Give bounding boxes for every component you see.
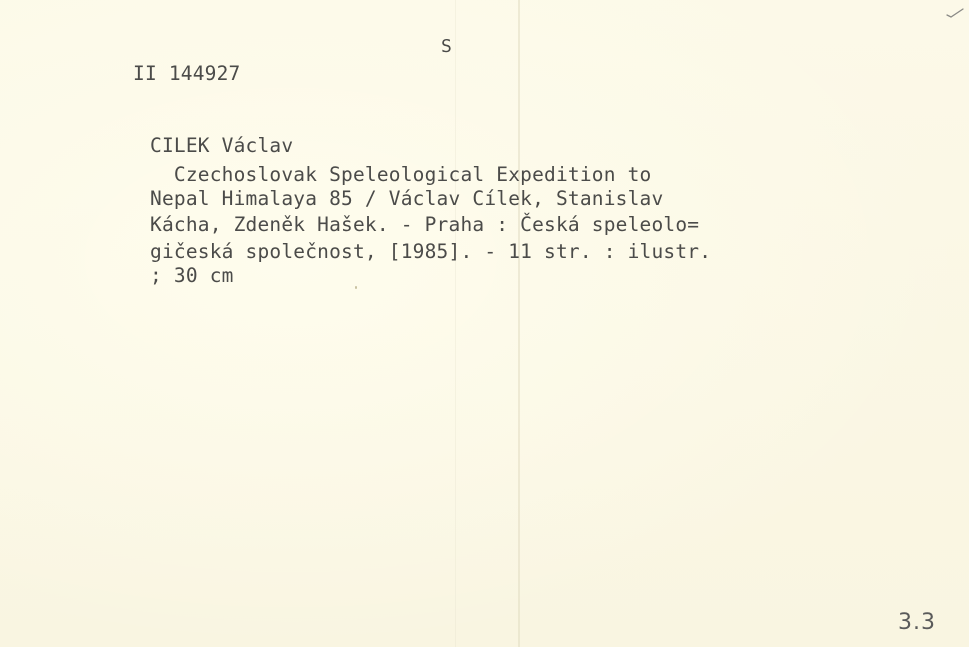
handwritten-number: 3.3 [898, 610, 936, 635]
section-letter: S [441, 38, 452, 56]
checkmark-icon [946, 8, 964, 18]
catalog-card: S II 144927 CILEK Václav Czechoslovak Sp… [0, 0, 969, 647]
card-crease [455, 0, 456, 647]
description-line-4: gičeská společnost, [1985]. - 11 str. : … [150, 242, 711, 262]
card-fold-line [518, 0, 520, 647]
description-line-1: Czechoslovak Speleological Expedition to [150, 165, 651, 185]
description-line-5: ; 30 cm [150, 266, 234, 286]
paper-speck [355, 286, 357, 289]
shelfmark-number: II 144927 [133, 64, 240, 84]
description-line-3: Kácha, Zdeněk Hašek. - Praha : Česká spe… [150, 215, 699, 235]
description-line-2: Nepal Himalaya 85 / Václav Cílek, Stanis… [150, 189, 663, 209]
author-heading: CILEK Václav [150, 136, 293, 156]
